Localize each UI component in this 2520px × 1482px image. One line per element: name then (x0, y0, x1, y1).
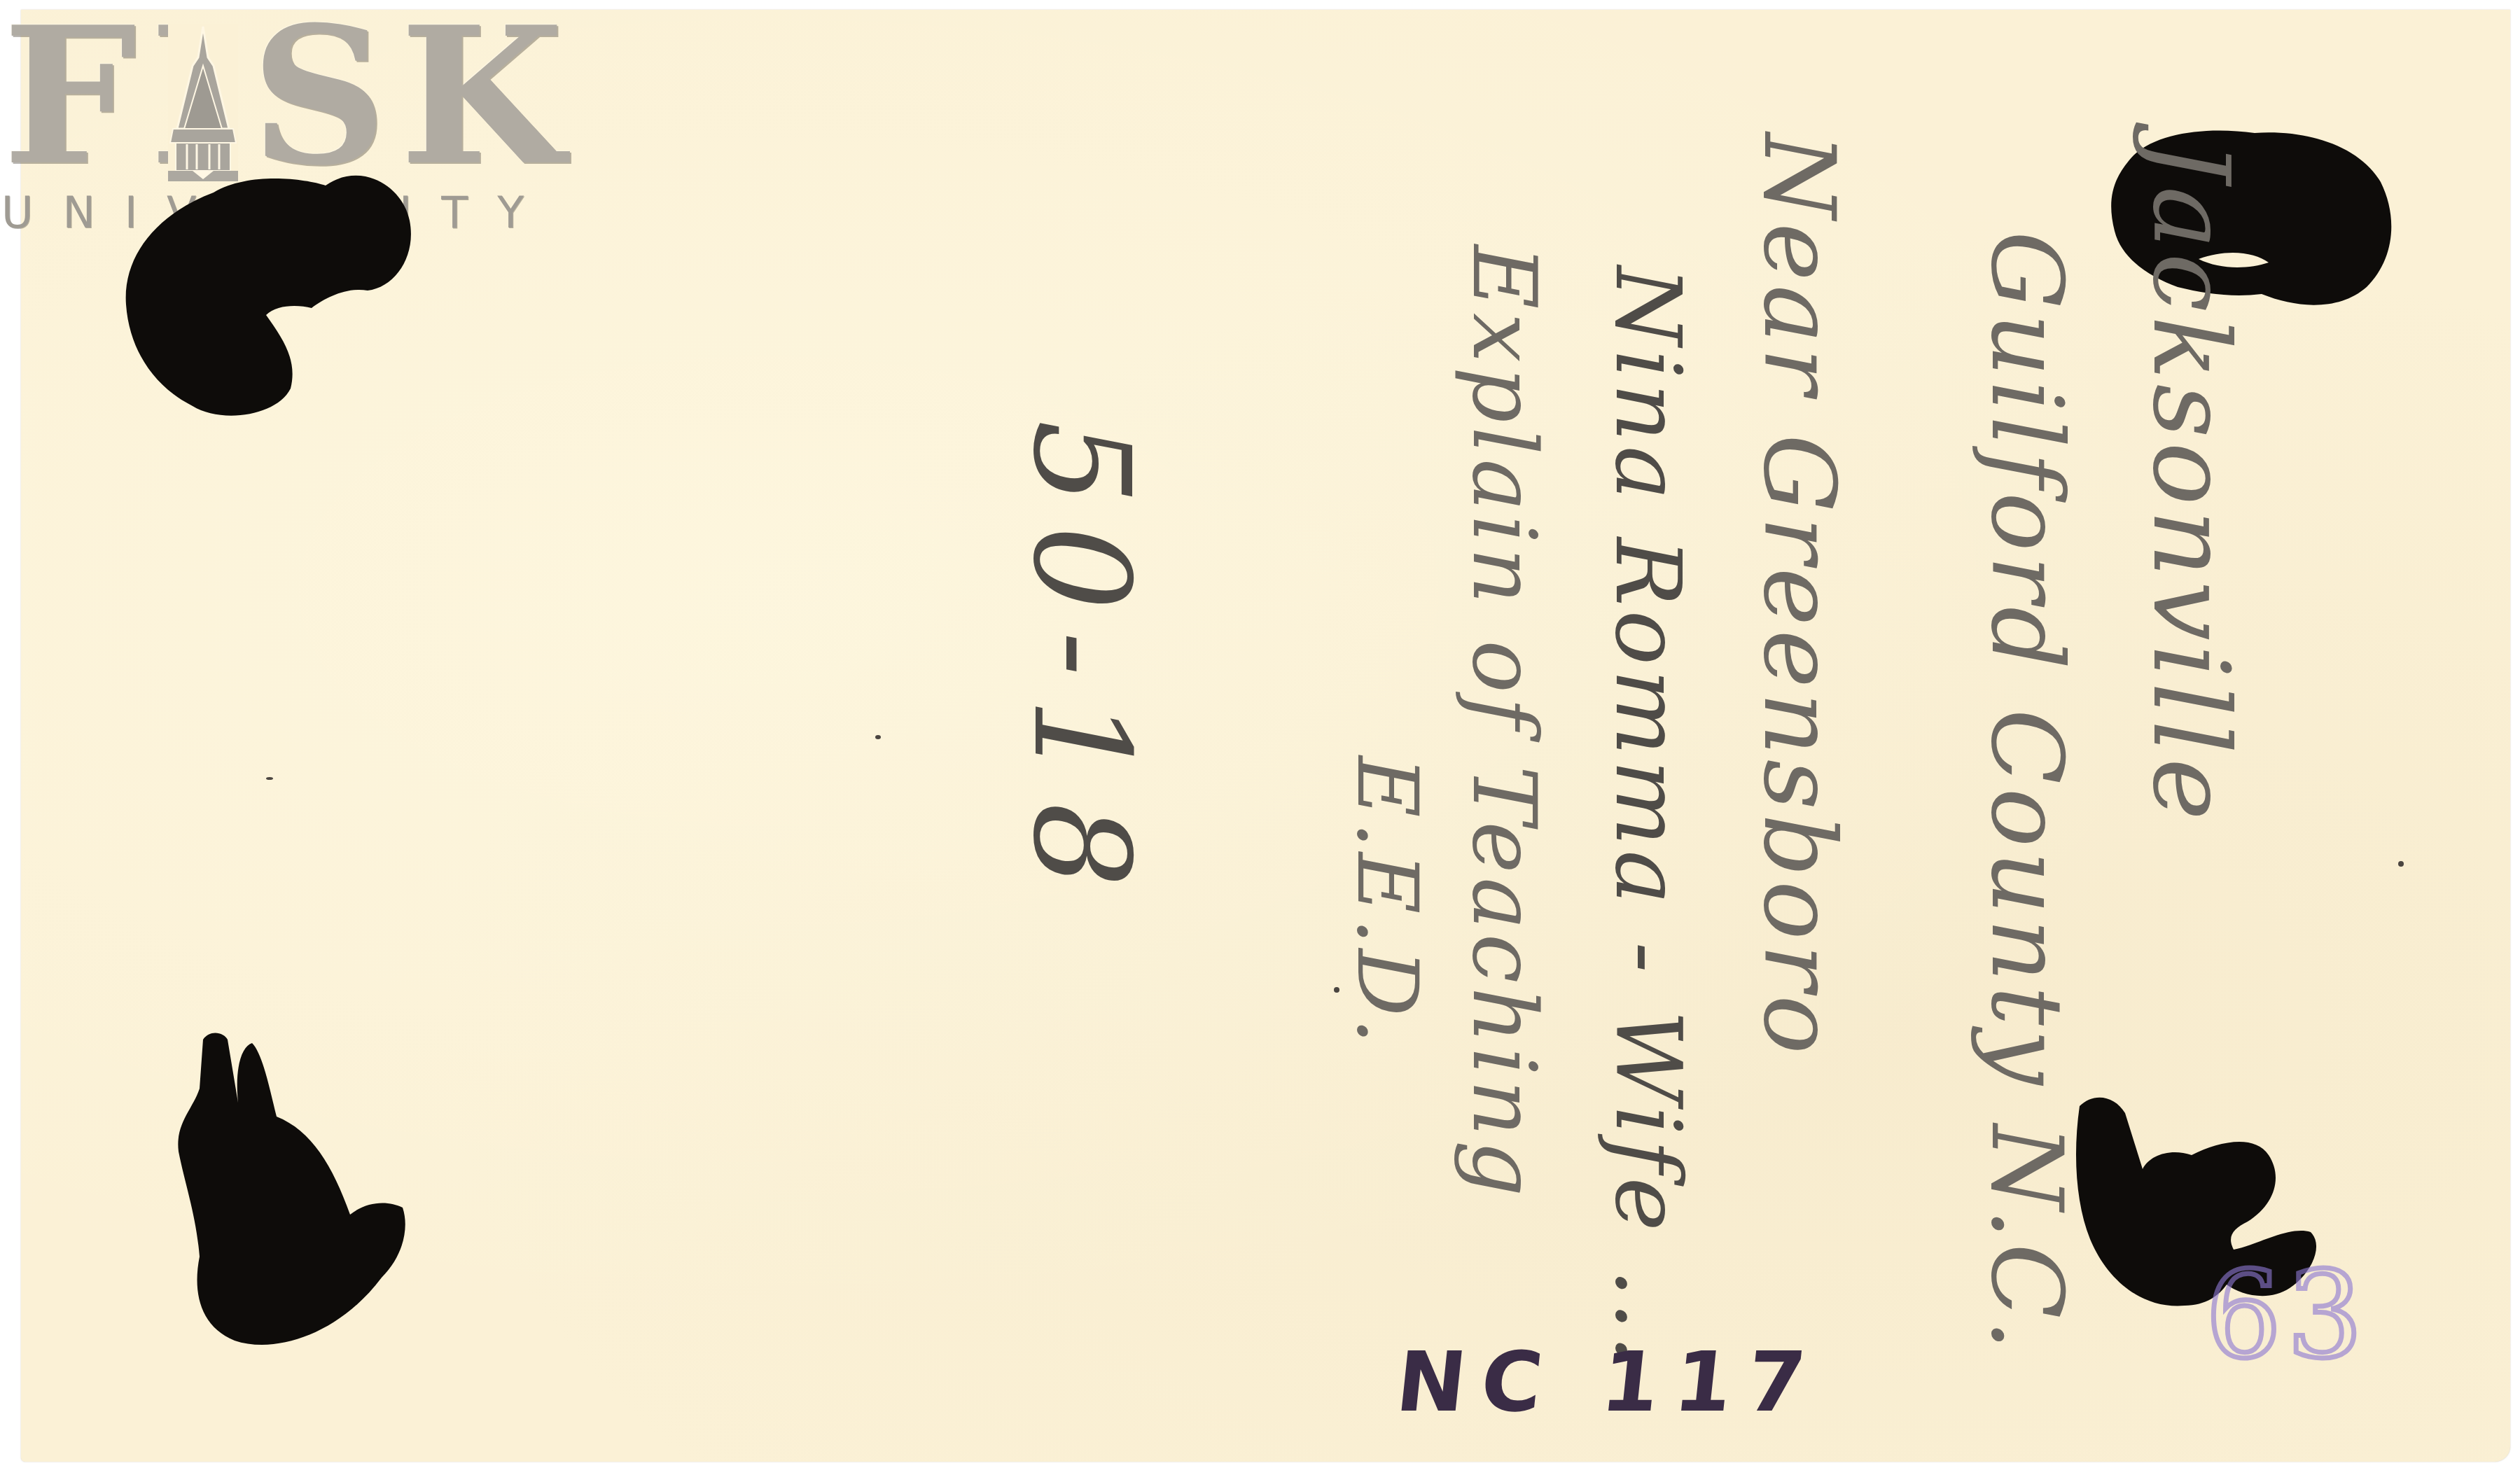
ink-blot-bottom-left (172, 1026, 452, 1362)
note-line-name: Nina Romma - Wife ... (1595, 266, 1701, 1368)
note-line-initials: E.E.D. (1338, 756, 1435, 1049)
bell-tower-spire-icon (151, 24, 256, 181)
nc-code-label: NC 117 (1392, 1334, 1825, 1430)
note-line-explain: Explain of Teaching (1453, 245, 1554, 1201)
paper-speck (266, 777, 273, 780)
note-line-county: Guilford County N.C. (1969, 231, 2083, 1355)
note-line-near: Near Greensboro (1741, 133, 1856, 1058)
logo-title: FISK (3, 15, 556, 176)
note-line-town: Jacksonville (2129, 140, 2251, 825)
catalog-number: 50-18 (1004, 420, 1159, 909)
paper-speck (2398, 861, 2404, 867)
paper-speck (1334, 987, 1339, 993)
paper-speck (875, 735, 881, 739)
ink-blot-top-left (116, 165, 417, 424)
number-stamp: 63 (2206, 1257, 2368, 1376)
